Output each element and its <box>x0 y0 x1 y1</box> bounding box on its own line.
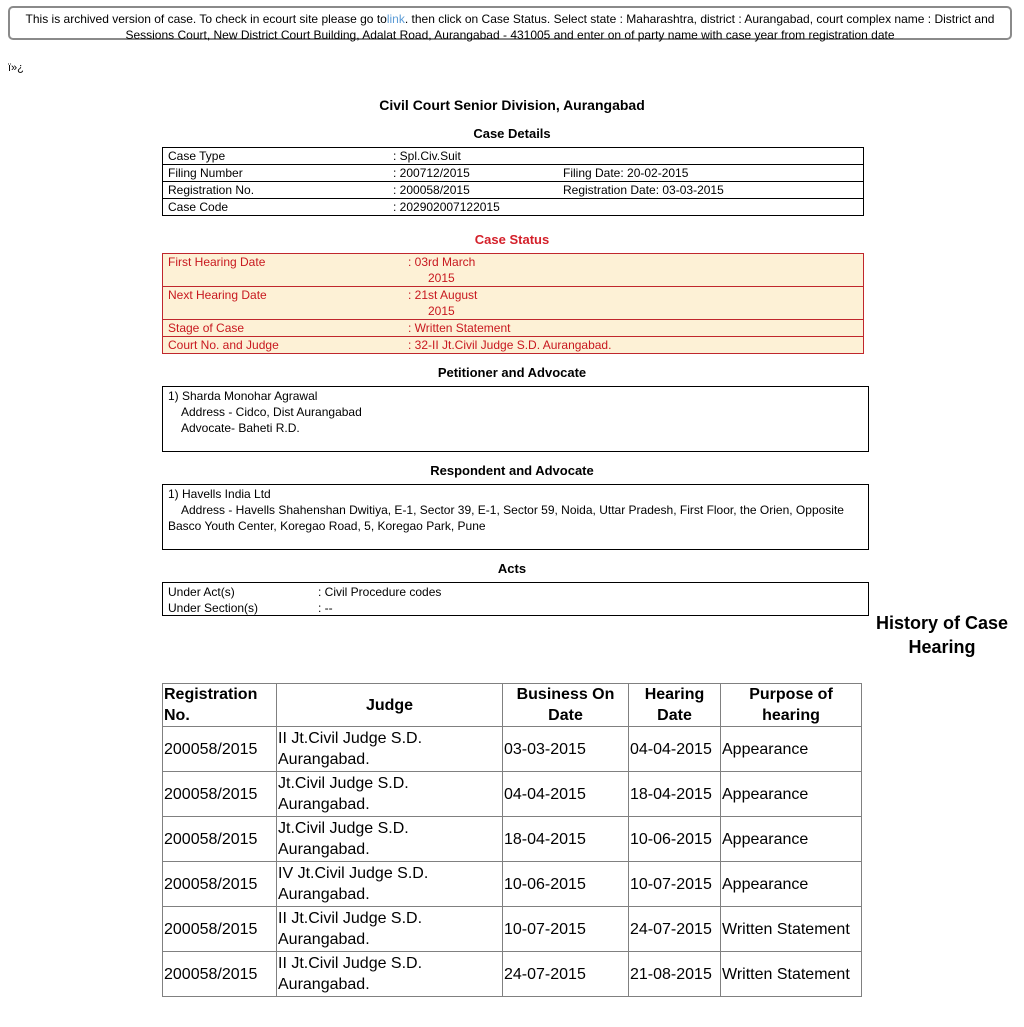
hearing-date-cell: 21-08-2015 <box>629 952 721 997</box>
court-judge-label: Court No. and Judge <box>163 337 404 354</box>
col-hearing-date: Hearing Date <box>629 684 721 727</box>
purpose-cell: Appearance <box>721 772 862 817</box>
acts-title: Acts <box>0 561 1024 576</box>
table-row: Case Type : Spl.Civ.Suit <box>163 148 864 165</box>
next-hearing-label: Next Hearing Date <box>163 287 404 320</box>
petitioner-advocate: Advocate- Baheti R.D. <box>168 420 863 436</box>
table-row: Stage of Case : Written Statement <box>163 320 864 337</box>
case-type-extra <box>558 148 864 165</box>
judge-cell: IV Jt.Civil Judge S.D. Aurangabad. <box>277 862 503 907</box>
table-row: 200058/2015II Jt.Civil Judge S.D. Aurang… <box>163 727 862 772</box>
table-row: Case Code : 202902007122015 <box>163 199 864 216</box>
registration-no-cell: 200058/2015 <box>163 907 277 952</box>
case-details-title: Case Details <box>0 126 1024 141</box>
next-hearing-year: 2015 <box>408 303 508 319</box>
acts-row: Under Act(s) : Civil Procedure codes <box>168 584 863 600</box>
first-hearing-label: First Hearing Date <box>163 254 404 287</box>
under-sections-value: : -- <box>318 600 333 616</box>
next-hearing-value-cell: : 21st August 2015 <box>403 287 864 320</box>
acts-row: Under Section(s) : -- <box>168 600 863 616</box>
history-title: History of Case Hearing <box>872 611 1012 659</box>
registration-date: Registration Date: 03-03-2015 <box>558 182 864 199</box>
business-on-date-cell: 18-04-2015 <box>503 817 629 862</box>
respondent-name: 1) Havells India Ltd <box>168 486 863 502</box>
respondent-address: Address - Havells Shahenshan Dwitiya, E-… <box>168 502 863 534</box>
table-row: 200058/2015Jt.Civil Judge S.D. Aurangaba… <box>163 817 862 862</box>
hearing-date-cell: 04-04-2015 <box>629 727 721 772</box>
history-table: Registration No. Judge Business On Date … <box>162 683 862 997</box>
table-row: 200058/2015II Jt.Civil Judge S.D. Aurang… <box>163 907 862 952</box>
judge-cell: II Jt.Civil Judge S.D. Aurangabad. <box>277 952 503 997</box>
purpose-cell: Written Statement <box>721 952 862 997</box>
encoding-artifact: ï»¿ <box>8 62 24 74</box>
col-purpose: Purpose of hearing <box>721 684 862 727</box>
registration-no-cell: 200058/2015 <box>163 772 277 817</box>
table-row: 200058/2015Jt.Civil Judge S.D. Aurangaba… <box>163 772 862 817</box>
table-row: Registration No. : 200058/2015 Registrat… <box>163 182 864 199</box>
judge-cell: Jt.Civil Judge S.D. Aurangabad. <box>277 817 503 862</box>
filing-number-value: : 200712/2015 <box>388 165 558 182</box>
purpose-cell: Appearance <box>721 727 862 772</box>
hearing-date-cell: 24-07-2015 <box>629 907 721 952</box>
registration-no-cell: 200058/2015 <box>163 817 277 862</box>
judge-cell: Jt.Civil Judge S.D. Aurangabad. <box>277 772 503 817</box>
ecourt-link[interactable]: link <box>387 12 405 26</box>
judge-cell: II Jt.Civil Judge S.D. Aurangabad. <box>277 907 503 952</box>
court-title: Civil Court Senior Division, Aurangabad <box>0 97 1024 113</box>
under-sections-label: Under Section(s) <box>168 600 318 616</box>
acts-box: Under Act(s) : Civil Procedure codes Und… <box>162 582 869 616</box>
hearing-date-cell: 10-07-2015 <box>629 862 721 907</box>
registration-no-cell: 200058/2015 <box>163 862 277 907</box>
case-type-label: Case Type <box>163 148 389 165</box>
case-code-value: : 202902007122015 <box>388 199 558 216</box>
respondent-box: 1) Havells India Ltd Address - Havells S… <box>162 484 869 550</box>
first-hearing-value: : 03rd March <box>408 254 488 270</box>
archive-notice: This is archived version of case. To che… <box>8 6 1012 40</box>
business-on-date-cell: 04-04-2015 <box>503 772 629 817</box>
col-judge: Judge <box>277 684 503 727</box>
table-row: Filing Number : 200712/2015 Filing Date:… <box>163 165 864 182</box>
case-type-value: : Spl.Civ.Suit <box>388 148 558 165</box>
purpose-cell: Appearance <box>721 817 862 862</box>
petitioner-address: Address - Cidco, Dist Aurangabad <box>168 404 863 420</box>
history-header-row: Registration No. Judge Business On Date … <box>163 684 862 727</box>
petitioner-title: Petitioner and Advocate <box>0 365 1024 380</box>
business-on-date-cell: 10-07-2015 <box>503 907 629 952</box>
filing-date: Filing Date: 20-02-2015 <box>558 165 864 182</box>
first-hearing-year: 2015 <box>408 270 508 286</box>
registration-no-cell: 200058/2015 <box>163 727 277 772</box>
col-registration-no: Registration No. <box>163 684 277 727</box>
case-status-table: First Hearing Date : 03rd March 2015 Nex… <box>162 253 864 354</box>
petitioner-name: 1) Sharda Monohar Agrawal <box>168 388 863 404</box>
under-acts-value: : Civil Procedure codes <box>318 584 441 600</box>
registration-no-value: : 200058/2015 <box>388 182 558 199</box>
stage-value: : Written Statement <box>403 320 864 337</box>
table-row: Next Hearing Date : 21st August 2015 <box>163 287 864 320</box>
respondent-title: Respondent and Advocate <box>0 463 1024 478</box>
filing-number-label: Filing Number <box>163 165 389 182</box>
purpose-cell: Appearance <box>721 862 862 907</box>
table-row: First Hearing Date : 03rd March 2015 <box>163 254 864 287</box>
col-business-on-date: Business On Date <box>503 684 629 727</box>
judge-cell: II Jt.Civil Judge S.D. Aurangabad. <box>277 727 503 772</box>
case-status-title: Case Status <box>0 232 1024 247</box>
stage-label: Stage of Case <box>163 320 404 337</box>
case-code-label: Case Code <box>163 199 389 216</box>
case-details-table: Case Type : Spl.Civ.Suit Filing Number :… <box>162 147 864 216</box>
business-on-date-cell: 03-03-2015 <box>503 727 629 772</box>
table-row: 200058/2015II Jt.Civil Judge S.D. Aurang… <box>163 952 862 997</box>
business-on-date-cell: 10-06-2015 <box>503 862 629 907</box>
case-code-extra <box>558 199 864 216</box>
hearing-date-cell: 18-04-2015 <box>629 772 721 817</box>
registration-no-cell: 200058/2015 <box>163 952 277 997</box>
hearing-date-cell: 10-06-2015 <box>629 817 721 862</box>
first-hearing-value-cell: : 03rd March 2015 <box>403 254 864 287</box>
next-hearing-value: : 21st August <box>408 287 488 303</box>
table-row: Court No. and Judge : 32-II Jt.Civil Jud… <box>163 337 864 354</box>
court-judge-value: : 32-II Jt.Civil Judge S.D. Aurangabad. <box>403 337 864 354</box>
table-row: 200058/2015IV Jt.Civil Judge S.D. Aurang… <box>163 862 862 907</box>
notice-text-before: This is archived version of case. To che… <box>26 12 387 26</box>
petitioner-box: 1) Sharda Monohar Agrawal Address - Cidc… <box>162 386 869 452</box>
under-acts-label: Under Act(s) <box>168 584 318 600</box>
business-on-date-cell: 24-07-2015 <box>503 952 629 997</box>
registration-no-label: Registration No. <box>163 182 389 199</box>
purpose-cell: Written Statement <box>721 907 862 952</box>
